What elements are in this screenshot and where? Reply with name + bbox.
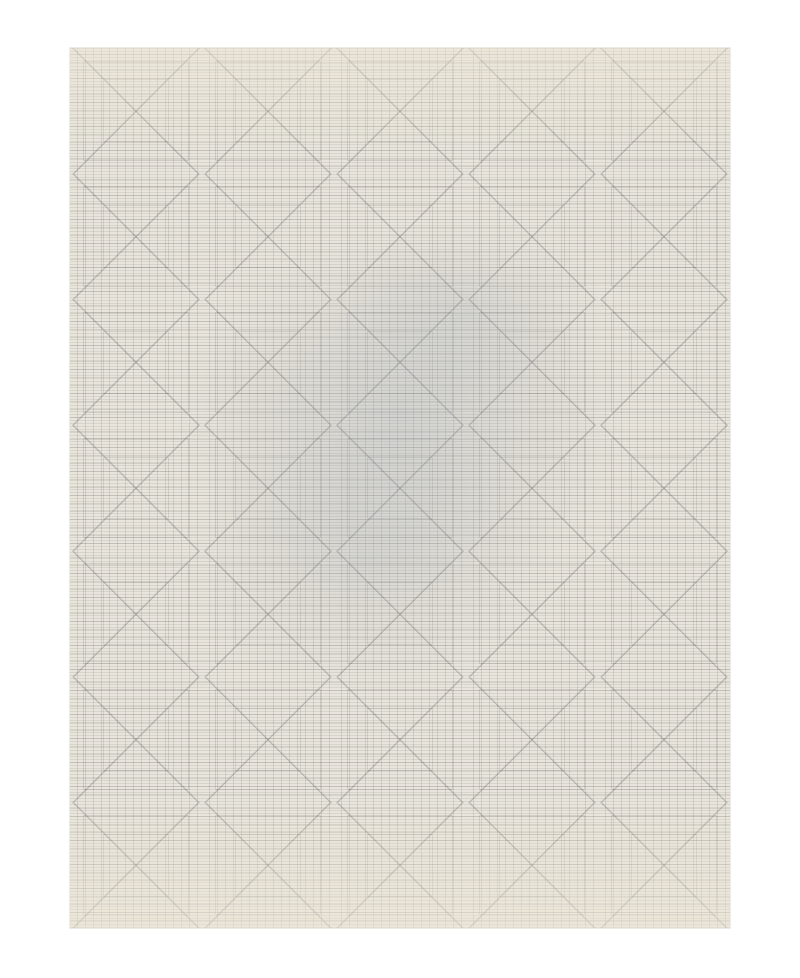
rug: [70, 48, 730, 928]
product-image-stage: [0, 0, 800, 978]
rug-texture: [70, 48, 730, 928]
